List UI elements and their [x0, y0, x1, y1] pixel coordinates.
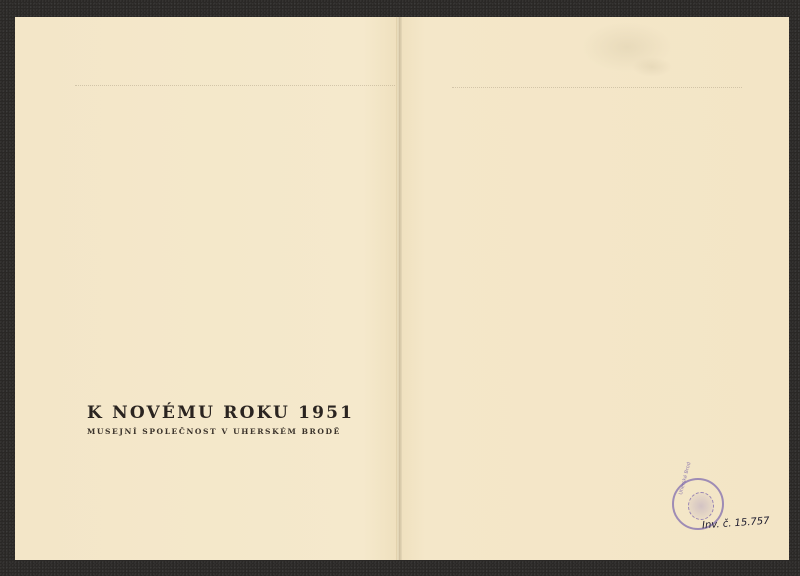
card-title: K NOVÉMU ROKU 1951 [87, 403, 354, 423]
stamp-emblem-icon [688, 492, 714, 520]
paper-specks [75, 85, 395, 92]
document-paper: K NOVÉMU ROKU 1951 MUSEJNÍ SPOLEČNOST V … [15, 17, 789, 560]
paper-specks [452, 87, 742, 94]
card-subtitle: MUSEJNÍ SPOLEČNOST V UHERSKÉM BRODĚ [87, 427, 341, 436]
right-page [402, 17, 789, 560]
paper-stain [632, 57, 672, 77]
left-page: K NOVÉMU ROKU 1951 MUSEJNÍ SPOLEČNOST V … [15, 17, 396, 560]
